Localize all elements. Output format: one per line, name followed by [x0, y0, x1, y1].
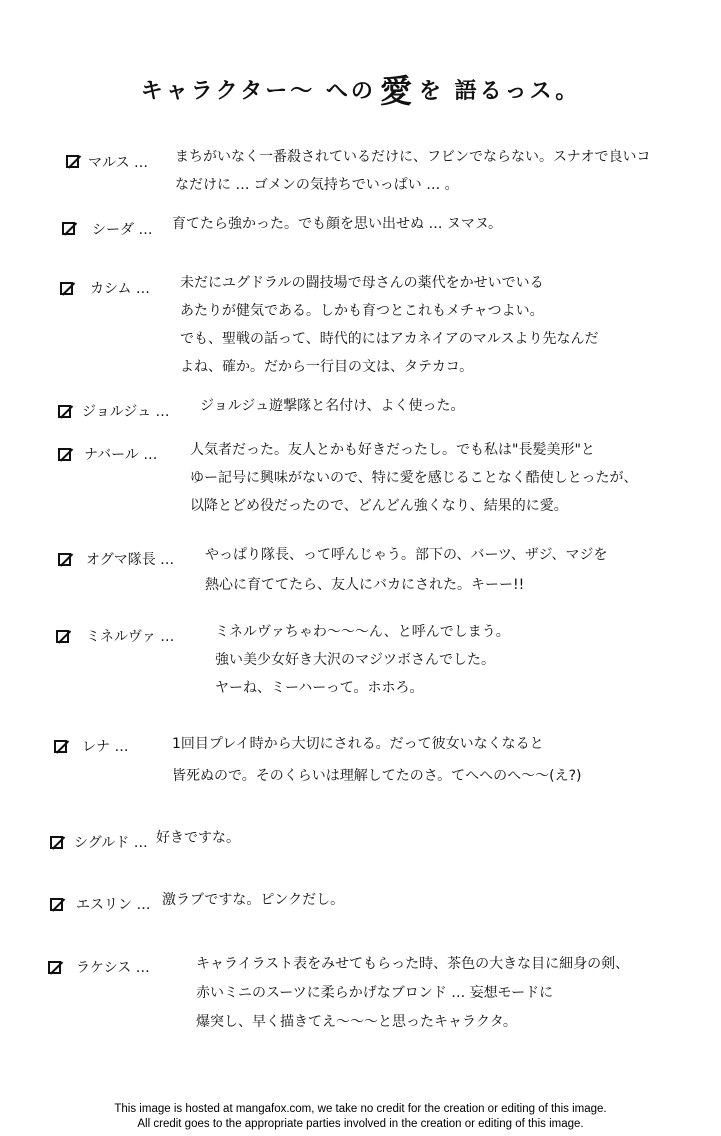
- disclaimer-line-1: This image is hosted at mangafox.com, we…: [0, 1102, 721, 1117]
- comment: ジョルジュ遊撃隊と名付け、よく使った。: [200, 392, 465, 420]
- comment-line: ヤーね、ミーハーって。ホホろ。: [215, 674, 510, 702]
- comment-line: 皆死ぬので。そのくらいは理解してたのさ。てへへのへ〜〜(え?): [172, 760, 582, 792]
- comment: まちがいなく一番殺されているだけに、フビンでならない。スナオで良いコ なだけに …: [175, 143, 650, 199]
- character-name: ミネルヴァ …: [86, 626, 174, 646]
- comment: やっぱり隊長、って呼んじゃう。部下の、バーツ、ザジ、マジを 熱心に育ててたら、友…: [205, 540, 608, 600]
- comment-line: よね、確か。だから一行目の文は、タテカコ。: [180, 353, 598, 381]
- comment-line: ミネルヴァちゃわ〜〜〜ん、と呼んでしまう。: [215, 618, 510, 646]
- checkbox-icon: [58, 405, 71, 418]
- title-after: を 語るっス。: [419, 79, 580, 104]
- comment-line: 強い美少女好き大沢のマジツボさんでした。: [215, 646, 510, 674]
- comment: 好きですな。: [156, 824, 240, 852]
- character-name: ラケシス …: [76, 957, 150, 977]
- checkbox-icon: [66, 155, 79, 168]
- comment: ミネルヴァちゃわ〜〜〜ん、と呼んでしまう。 強い美少女好き大沢のマジツボさんでし…: [215, 618, 510, 702]
- character-name: シーダ …: [92, 219, 152, 239]
- comment-line: 以降とどめ役だったので、どんどん強くなり、結果的に愛。: [190, 492, 637, 520]
- comment-line: ジョルジュ遊撃隊と名付け、よく使った。: [200, 392, 465, 420]
- comment-line: なだけに … ゴメンの気持ちでいっぱい … 。: [175, 171, 650, 199]
- character-name: マルス …: [88, 152, 148, 172]
- character-name: ジョルジュ …: [82, 401, 170, 421]
- character-name: レナ …: [82, 736, 128, 756]
- checkbox-icon: [56, 630, 69, 643]
- disclaimer-line-2: All credit goes to the appropriate parti…: [0, 1117, 721, 1132]
- comment: 激ラブですな。ピンクだし。: [162, 886, 344, 914]
- comment-line: 爆突し、早く描きてえ〜〜〜と思ったキャラクタ。: [196, 1008, 629, 1037]
- checkbox-icon: [58, 448, 71, 461]
- comment-line: 赤いミニのスーツに柔らかげなブロンド … 妄想モードに: [196, 979, 629, 1008]
- checkbox-icon: [58, 553, 71, 566]
- comment: 人気者だった。友人とかも好きだったし。でも私は"長髪美形"と ゆー記号に興味がな…: [190, 436, 637, 520]
- comment-line: 好きですな。: [156, 824, 240, 852]
- page-title: キャラクター〜 への愛を 語るっス。: [0, 66, 721, 112]
- checkbox-icon: [62, 222, 75, 235]
- comment-line: 育てたら強かった。でも顔を思い出せぬ … ヌマヌ。: [172, 210, 502, 238]
- checkbox-icon: [54, 740, 67, 753]
- comment-line: キャライラスト表をみせてもらった時、茶色の大きな目に細身の剣、: [196, 950, 629, 979]
- checkbox-icon: [50, 898, 63, 911]
- comment-line: 1回目プレイ時から大切にされる。だって彼女いなくなると: [172, 728, 582, 760]
- character-name: ナバール …: [84, 444, 157, 464]
- character-name: カシム …: [90, 278, 150, 298]
- character-name: シグルド …: [74, 832, 148, 852]
- title-love-kanji: 愛: [380, 72, 415, 110]
- comment: キャライラスト表をみせてもらった時、茶色の大きな目に細身の剣、 赤いミニのスーツ…: [196, 950, 629, 1037]
- comment-line: 人気者だった。友人とかも好きだったし。でも私は"長髪美形"と: [190, 436, 637, 464]
- hosting-disclaimer: This image is hosted at mangafox.com, we…: [0, 1102, 721, 1132]
- comment-line: やっぱり隊長、って呼んじゃう。部下の、バーツ、ザジ、マジを: [205, 540, 608, 570]
- checkbox-icon: [48, 961, 61, 974]
- character-name: エスリン …: [76, 894, 150, 914]
- character-name: オグマ隊長 …: [86, 549, 174, 569]
- comment: 1回目プレイ時から大切にされる。だって彼女いなくなると 皆死ぬので。そのくらいは…: [172, 728, 582, 792]
- comment-line: 未だにユグドラルの闘技場で母さんの薬代をかせいでいる: [180, 269, 598, 297]
- checkbox-icon: [60, 282, 73, 295]
- comment-line: でも、聖戦の話って、時代的にはアカネイアのマルスより先なんだ: [180, 325, 598, 353]
- comment-line: まちがいなく一番殺されているだけに、フビンでならない。スナオで良いコ: [175, 143, 650, 171]
- comment-line: あたりが健気である。しかも育つとこれもメチャつよい。: [180, 297, 598, 325]
- title-before: キャラクター〜 への: [141, 79, 376, 104]
- comment: 育てたら強かった。でも顔を思い出せぬ … ヌマヌ。: [172, 210, 502, 238]
- comment-line: ゆー記号に興味がないので、特に愛を感じることなく酷使しとったが、: [190, 464, 637, 492]
- comment-line: 激ラブですな。ピンクだし。: [162, 886, 344, 914]
- checkbox-icon: [50, 836, 63, 849]
- comment-line: 熱心に育ててたら、友人にバカにされた。キーー!!: [205, 570, 608, 600]
- comment: 未だにユグドラルの闘技場で母さんの薬代をかせいでいる あたりが健気である。しかも…: [180, 269, 598, 381]
